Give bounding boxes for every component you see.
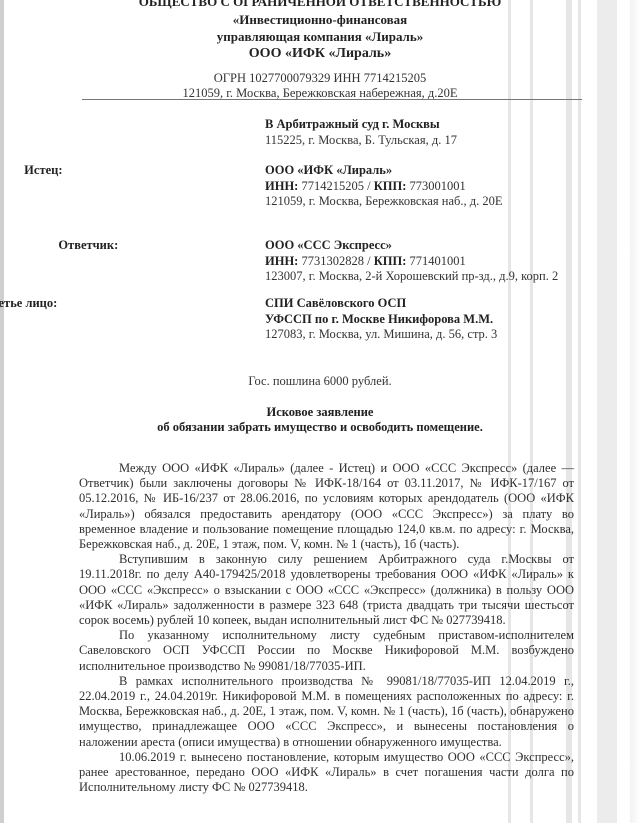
defendant-label: Ответчик: (18, 238, 118, 254)
company-header-line3: управляющая компания «Лираль» (0, 29, 640, 45)
document-title: Исковое заявление (0, 404, 640, 420)
body-paragraph: В рамках исполнительного производства № … (79, 674, 574, 750)
plaintiff-label: Истец: (0, 163, 63, 179)
company-registry: ОГРН 1027700079329 ИНН 7714215205 (0, 70, 640, 86)
company-short-name: ООО «ИФК «Лираль» (0, 46, 640, 62)
company-header-line2: «Инвестиционно-финансовая (0, 12, 640, 28)
third-party-label: Третье лицо: (0, 296, 57, 312)
defendant-address: 123007, г. Москва, 2-й Хорошевский пр-зд… (265, 269, 558, 285)
court-address: 115225, г. Москва, Б. Тульская, д. 17 (265, 133, 457, 149)
third-party-block: Третье лицо: СПИ Савёловского ОСП УФССП … (265, 296, 497, 343)
third-party-name1: СПИ Савёловского ОСП (265, 296, 497, 312)
defendant-block: Ответчик: ООО «ССС Экспресс» ИНН: 773130… (265, 238, 558, 285)
body-paragraph: Вступившим в законную силу решением Арби… (79, 552, 574, 628)
plaintiff-block: Истец: ООО «ИФК «Лираль» ИНН: 7714215205… (265, 163, 503, 210)
plaintiff-address: 121059, г. Москва, Бережковская наб., д.… (265, 194, 503, 210)
third-party-name2: УФССП по г. Москве Никифорова М.М. (265, 312, 497, 328)
header-divider (82, 99, 582, 100)
defendant-inn-kpp: ИНН: 7731302828 / КПП: 771401001 (265, 254, 558, 270)
third-party-address: 127083, г. Москва, ул. Мишина, д. 56, ст… (265, 327, 497, 343)
company-header-line1: ОБЩЕСТВО С ОГРАНИЧЕННОЙ ОТВЕТСТВЕННОСТЬЮ (0, 0, 640, 10)
document-subtitle: об обязании забрать имущество и освободи… (0, 419, 640, 435)
body-paragraph: Между ООО «ИФК «Лираль» (далее - Истец) … (79, 461, 574, 552)
body-paragraph: По указанному исполнительному листу суде… (79, 628, 574, 674)
document-body: Между ООО «ИФК «Лираль» (далее - Истец) … (79, 461, 574, 795)
defendant-name: ООО «ССС Экспресс» (265, 238, 558, 254)
plaintiff-inn-kpp: ИНН: 7714215205 / КПП: 773001001 (265, 179, 503, 195)
court-name: В Арбитражный суд г. Москвы (265, 117, 457, 133)
plaintiff-name: ООО «ИФК «Лираль» (265, 163, 503, 179)
court-block: В Арбитражный суд г. Москвы 115225, г. М… (265, 117, 457, 148)
body-paragraph: 10.06.2019 г. вынесено постановление, ко… (79, 750, 574, 796)
scanned-document-page: ОБЩЕСТВО С ОГРАНИЧЕННОЙ ОТВЕТСТВЕННОСТЬЮ… (0, 0, 640, 823)
state-fee: Гос. пошлина 6000 рублей. (0, 374, 640, 390)
